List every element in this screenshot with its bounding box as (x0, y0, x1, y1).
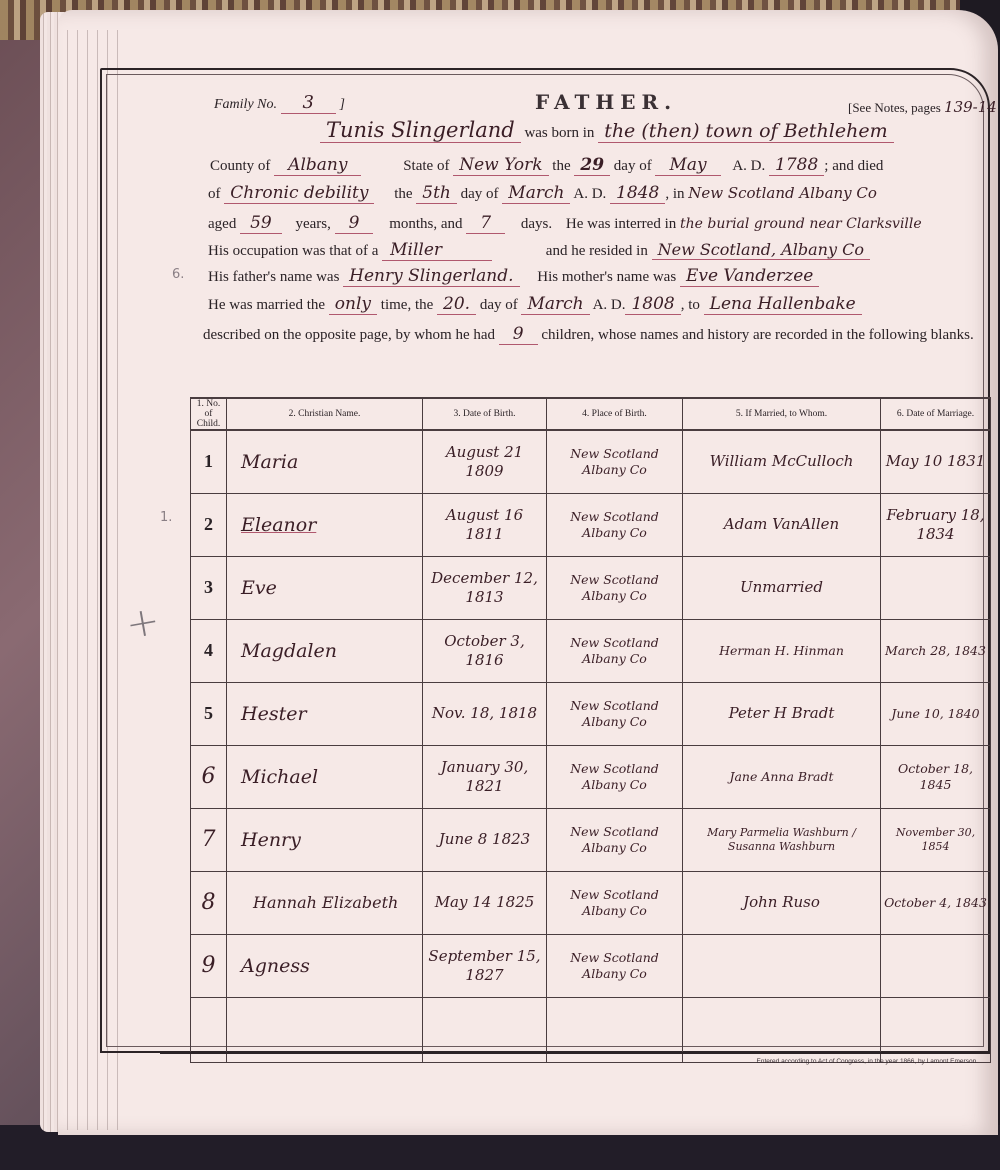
see-notes-pages: 139-14 (944, 98, 997, 116)
marriage-month: March (521, 294, 589, 315)
occupation: Miller (382, 240, 492, 261)
col-header-birth-date: 3. Date of Birth. (423, 398, 547, 430)
marriage-ordinal: only (329, 294, 377, 315)
copyright-notice: Entered according to Act of Congress, in… (757, 1058, 979, 1065)
child-name: Michael (227, 746, 423, 809)
page-title: FATHER. (535, 90, 677, 114)
child-birth-place: New Scotland Albany Co (547, 809, 683, 872)
father-mother-name: Eve Vanderzee (680, 266, 819, 287)
child-birth-date: Nov. 18, 1818 (423, 683, 547, 746)
child-birth-date: January 30, 1821 (423, 746, 547, 809)
table-header-row: 1. No. of Child. 2. Christian Name. 3. D… (191, 398, 991, 430)
child-name: Eleanor (227, 494, 423, 557)
margin-mark-1: 1. (160, 510, 172, 525)
child-marriage-date: October 18, 1845 (881, 746, 991, 809)
spouse-name: Lena Hallenbake (704, 294, 862, 315)
child-spouse: Unmarried (683, 557, 881, 620)
marriage-day: 20. (437, 294, 476, 315)
col-header-spouse: 5. If Married, to Whom. (683, 398, 881, 430)
death-line: of Chronic debility the 5th day of March… (208, 183, 877, 203)
parents-line: His father's name was Henry Slingerland.… (208, 266, 819, 286)
col-header-marriage-date: 6. Date of Marriage. (881, 398, 991, 430)
family-label: Family No. (214, 97, 277, 112)
table-row: 8 Hannah Elizabeth May 14 1825 New Scotl… (191, 872, 991, 935)
father-father-name: Henry Slingerland. (343, 266, 519, 287)
county-state-line: County of Albany State of New York the 2… (210, 155, 883, 175)
birth-day: 29 (574, 155, 610, 176)
child-marriage-date: May 10 1831 (881, 430, 991, 494)
death-month: March (502, 183, 570, 204)
child-birth-date: September 15, 1827 (423, 935, 547, 998)
cause-of-death: Chronic debility (224, 183, 374, 204)
table-row: 4 Magdalen October 3, 1816 New Scotland … (191, 620, 991, 683)
child-birth-date: August 21 1809 (423, 430, 547, 494)
birth-line: Tunis Slingerland was born in the (then)… (320, 118, 894, 142)
death-place: New Scotland Albany Co (688, 184, 877, 202)
child-spouse: Herman H. Hinman (683, 620, 881, 683)
marriage-line: He was married the only time, the 20. da… (208, 294, 862, 314)
child-spouse (683, 935, 881, 998)
table-row: 1 Maria August 21 1809 New Scotland Alba… (191, 430, 991, 494)
residence: New Scotland, Albany Co (652, 240, 870, 260)
children-line: described on the opposite page, by whom … (203, 324, 974, 344)
child-birth-place: New Scotland Albany Co (547, 935, 683, 998)
children-table: 1. No. of Child. 2. Christian Name. 3. D… (190, 397, 991, 1063)
age-line: aged 59 years, 9 months, and 7 days. He … (208, 213, 922, 233)
bottom-rule (160, 1052, 990, 1054)
table-row: 3 Eve December 12, 1813 New Scotland Alb… (191, 557, 991, 620)
child-birth-date: December 12, 1813 (423, 557, 547, 620)
child-number: 9 (191, 935, 227, 998)
child-birth-place: New Scotland Albany Co (547, 620, 683, 683)
child-number: 1 (191, 430, 227, 494)
child-number: 8 (191, 872, 227, 935)
child-name: Agness (227, 935, 423, 998)
table-row: 9 Agness September 15, 1827 New Scotland… (191, 935, 991, 998)
marriage-year: 1808 (625, 294, 680, 315)
child-name: Henry (227, 809, 423, 872)
table-row: 5 Hester Nov. 18, 1818 New Scotland Alba… (191, 683, 991, 746)
child-birth-place: New Scotland Albany Co (547, 430, 683, 494)
child-spouse: Adam VanAllen (683, 494, 881, 557)
child-spouse: William McCulloch (683, 430, 881, 494)
child-birth-place: New Scotland Albany Co (547, 494, 683, 557)
child-birth-place: New Scotland Albany Co (547, 746, 683, 809)
table-row: 7 Henry June 8 1823 New Scotland Albany … (191, 809, 991, 872)
birthplace-town: the (then) town of Bethlehem (598, 120, 893, 143)
family-number-value: 3 (281, 92, 336, 114)
child-number: 4 (191, 620, 227, 683)
col-header-name: 2. Christian Name. (227, 398, 423, 430)
children-count: 9 (499, 324, 538, 345)
child-birth-date: August 16 1811 (423, 494, 547, 557)
child-name: Hester (227, 683, 423, 746)
margin-mark-6: 6. (172, 267, 184, 282)
age-months: 9 (335, 213, 374, 234)
child-marriage-date: March 28, 1843 (881, 620, 991, 683)
father-name: Tunis Slingerland (320, 118, 521, 143)
age-years: 59 (240, 213, 282, 234)
child-birth-place: New Scotland Albany Co (547, 683, 683, 746)
child-name: Eve (227, 557, 423, 620)
child-birth-date: June 8 1823 (423, 809, 547, 872)
col-header-birth-place: 4. Place of Birth. (547, 398, 683, 430)
death-day: 5th (416, 183, 457, 204)
child-name: Magdalen (227, 620, 423, 683)
child-spouse: Jane Anna Bradt (683, 746, 881, 809)
child-birth-place: New Scotland Albany Co (547, 557, 683, 620)
burial-place: the burial ground near Clarksville (680, 216, 922, 232)
child-marriage-date: June 10, 1840 (881, 683, 991, 746)
child-number: 6 (191, 746, 227, 809)
occupation-line: His occupation was that of a Miller and … (208, 240, 870, 260)
birth-month: May (655, 155, 720, 176)
age-days: 7 (466, 213, 505, 234)
see-notes: [See Notes, pages 139-14 (848, 98, 997, 116)
table-row: 6 Michael January 30, 1821 New Scotland … (191, 746, 991, 809)
birth-year: 1788 (769, 155, 824, 176)
child-number: 5 (191, 683, 227, 746)
table-row: 2 Eleanor August 16 1811 New Scotland Al… (191, 494, 991, 557)
death-year: 1848 (610, 183, 665, 204)
child-number: 7 (191, 809, 227, 872)
child-marriage-date (881, 557, 991, 620)
child-birth-date: October 3, 1816 (423, 620, 547, 683)
family-number: Family No. 3 ] (214, 92, 345, 113)
child-spouse: Mary Parmelia Washburn / Susanna Washbur… (683, 809, 881, 872)
child-number: 2 (191, 494, 227, 557)
child-name: Maria (227, 430, 423, 494)
child-marriage-date: October 4, 1843 (881, 872, 991, 935)
child-spouse: Peter H Bradt (683, 683, 881, 746)
child-birth-date: May 14 1825 (423, 872, 547, 935)
child-marriage-date: February 18, 1834 (881, 494, 991, 557)
county: Albany (274, 155, 361, 176)
child-marriage-date (881, 935, 991, 998)
child-number: 3 (191, 557, 227, 620)
child-birth-place: New Scotland Albany Co (547, 872, 683, 935)
state: New York (453, 155, 548, 176)
col-header-no: 1. No. of Child. (191, 398, 227, 430)
child-spouse: John Ruso (683, 872, 881, 935)
child-marriage-date: November 30, 1854 (881, 809, 991, 872)
child-name: Hannah Elizabeth (227, 872, 423, 935)
